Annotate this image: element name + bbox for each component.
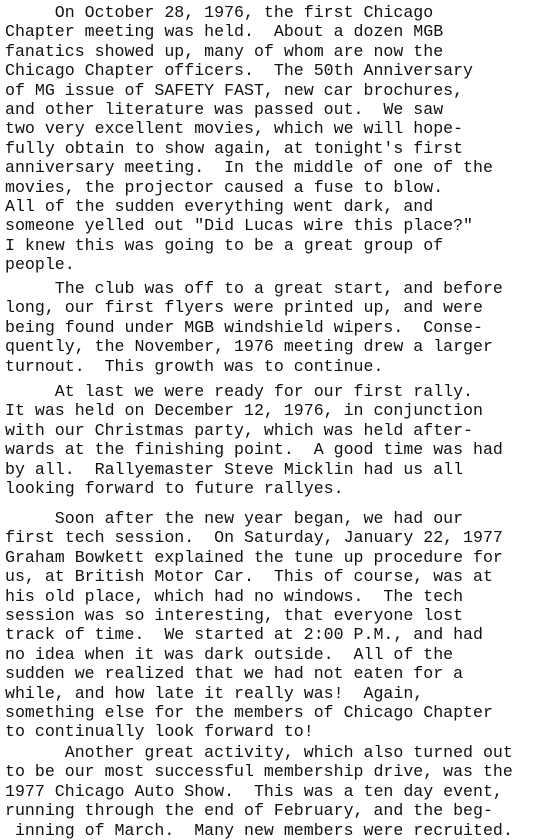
text-line: 1977 Chicago Auto Show. This was a ten d… — [5, 782, 513, 801]
text-line: sudden we realized that we had not eaten… — [5, 664, 503, 683]
paragraph-auto-show: Another great activity, which also turne… — [5, 743, 513, 840]
text-line: fanatics showed up, many of whom are now… — [5, 42, 493, 61]
text-line: by all. Rallyemaster Steve Micklin had u… — [5, 460, 503, 479]
text-line: something else for the members of Chicag… — [5, 703, 503, 722]
text-line: It was held on December 12, 1976, in con… — [5, 401, 503, 420]
text-line: of MG issue of SAFETY FAST, new car broc… — [5, 81, 493, 100]
text-line: session was so interesting, that everyon… — [5, 606, 503, 625]
text-line: turnout. This growth was to continue. — [5, 357, 503, 376]
text-line: Graham Bowkett explained the tune up pro… — [5, 548, 503, 567]
text-line: All of the sudden everything went dark, … — [5, 197, 493, 216]
paragraph-first-rally: At last we were ready for our first rall… — [5, 382, 503, 498]
text-line: Chapter meeting was held. About a dozen … — [5, 22, 493, 41]
text-line: to be our most successful membership dri… — [5, 762, 513, 781]
text-line: Another great activity, which also turne… — [5, 743, 513, 762]
text-line: first tech session. On Saturday, January… — [5, 528, 503, 547]
paragraph-tech-session: Soon after the new year began, we had ou… — [5, 509, 503, 742]
text-line: movies, the projector caused a fuse to b… — [5, 178, 493, 197]
text-line: and other literature was passed out. We … — [5, 100, 493, 119]
text-line: At last we were ready for our first rall… — [5, 382, 503, 401]
text-line: people. — [5, 255, 493, 274]
paragraph-club-growth: The club was off to a great start, and b… — [5, 279, 503, 376]
text-line: anniversary meeting. In the middle of on… — [5, 158, 493, 177]
paragraph-first-meeting: On October 28, 1976, the first ChicagoCh… — [5, 3, 493, 274]
text-line: us, at British Motor Car. This of course… — [5, 567, 503, 586]
text-line: with our Christmas party, which was held… — [5, 421, 503, 440]
text-line: running through the end of February, and… — [5, 801, 513, 820]
text-line: Chicago Chapter officers. The 50th Anniv… — [5, 61, 493, 80]
text-line: while, and how late it really was! Again… — [5, 684, 503, 703]
text-line: looking forward to future rallyes. — [5, 479, 503, 498]
text-line: to continually look forward to! — [5, 722, 503, 741]
text-line: inning of March. Many new members were r… — [5, 821, 513, 840]
text-line: On October 28, 1976, the first Chicago — [5, 3, 493, 22]
text-line: Soon after the new year began, we had ou… — [5, 509, 503, 528]
text-line: long, our first flyers were printed up, … — [5, 298, 503, 317]
text-line: track of time. We started at 2:00 P.M., … — [5, 625, 503, 644]
text-line: no idea when it was dark outside. All of… — [5, 645, 503, 664]
text-line: fully obtain to show again, at tonight's… — [5, 139, 493, 158]
text-line: his old place, which had no windows. The… — [5, 587, 503, 606]
text-line: I knew this was going to be a great grou… — [5, 236, 493, 255]
text-line: wards at the finishing point. A good tim… — [5, 440, 503, 459]
text-line: two very excellent movies, which we will… — [5, 119, 493, 138]
text-line: someone yelled out "Did Lucas wire this … — [5, 216, 493, 235]
text-line: being found under MGB windshield wipers.… — [5, 318, 503, 337]
text-line: The club was off to a great start, and b… — [5, 279, 503, 298]
text-line: quently, the November, 1976 meeting drew… — [5, 337, 503, 356]
